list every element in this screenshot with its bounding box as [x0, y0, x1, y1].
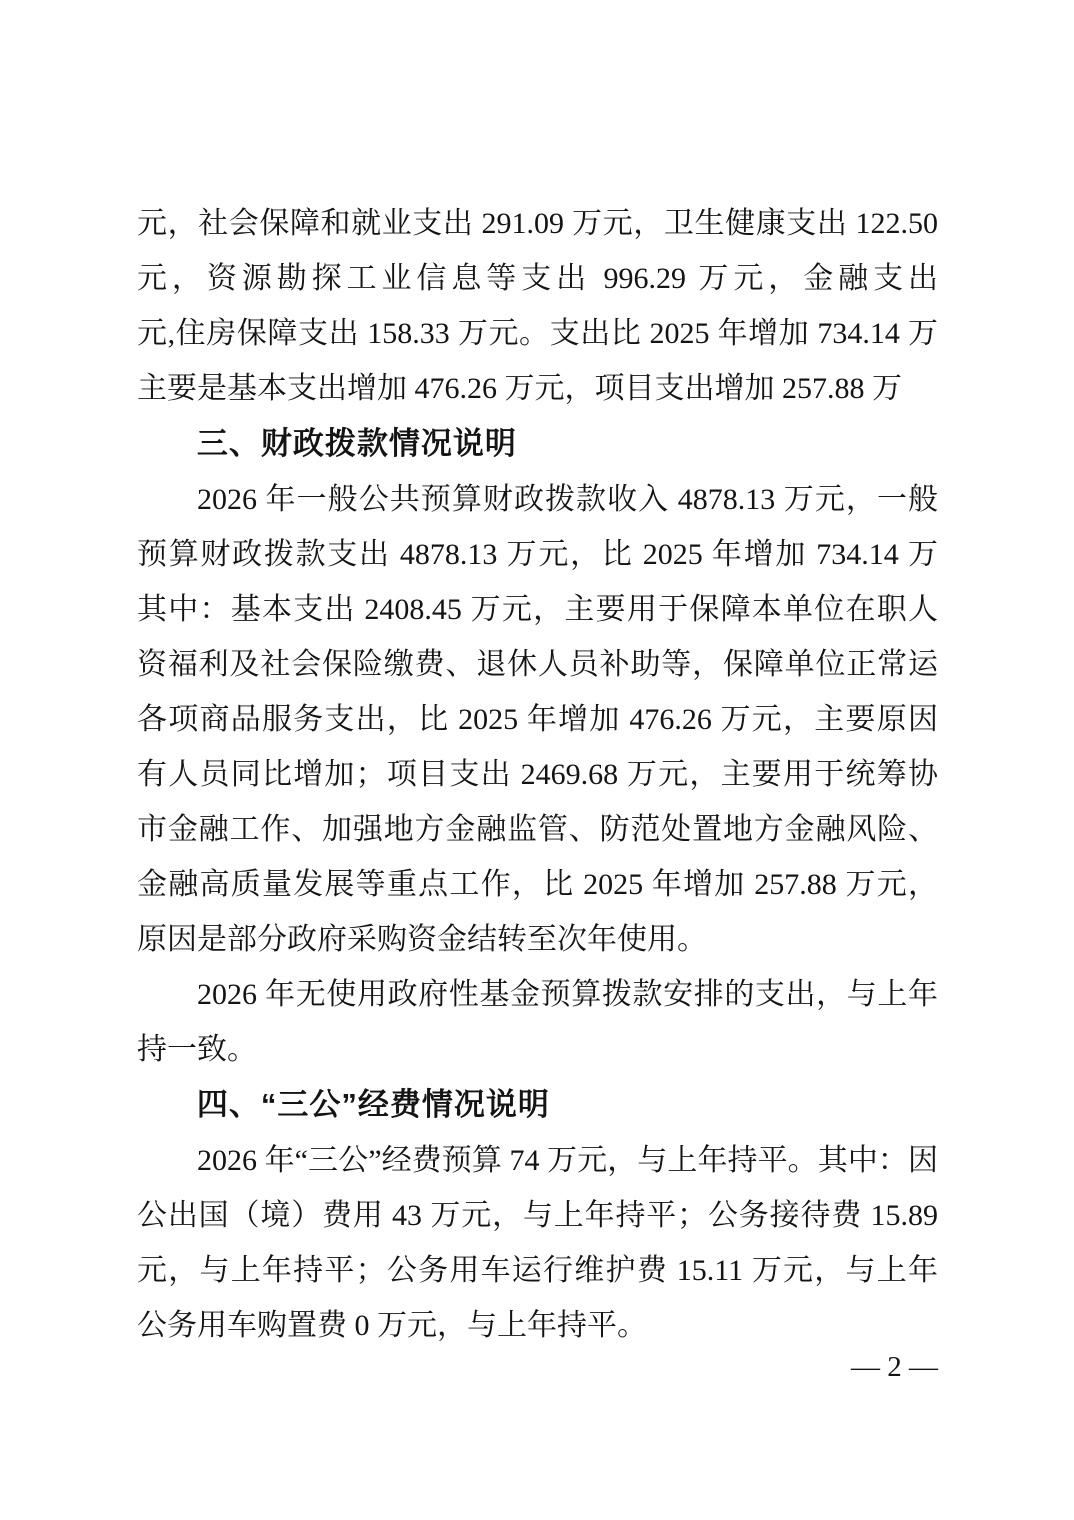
section-heading-three-public-funds: 四、“三公”经费情况说明	[137, 1077, 938, 1133]
body-line: 主要是基本支出增加 476.26 万元，项目支出增加 257.88 万元。	[137, 361, 938, 416]
body-line: 元,住房保障支出 158.33 万元。支出比 2025 年增加 734.14 万…	[137, 306, 938, 361]
document-page: 元，社会保障和就业支出 291.09 万元，卫生健康支出 122.50 万 元，…	[0, 0, 1074, 1520]
paragraph-three-public-funds: 2026 年“三公”经费预算 74 万元，与上年持平。其中：因 公出国（境）费用…	[137, 1133, 938, 1353]
page-number: — 2 —	[851, 1350, 938, 1384]
body-line: 元，资源勘探工业信息等支出 996.29 万元，金融支出 3239.88 万	[137, 251, 938, 306]
body-line: 各项商品服务支出，比 2025 年增加 476.26 万元，主要原因是实	[137, 692, 938, 747]
body-line: 资福利及社会保险缴费、退休人员补助等，保障单位正常运转的	[137, 637, 938, 692]
body-line: 公出国（境）费用 43 万元，与上年持平；公务接待费 15.89 万	[137, 1188, 938, 1243]
paragraph-fiscal-appropriation: 2026 年一般公共预算财政拨款收入 4878.13 万元，一般公共 预算财政拨…	[137, 472, 938, 967]
body-line: 2026 年“三公”经费预算 74 万元，与上年持平。其中：因	[137, 1133, 938, 1188]
body-line: 公务用车购置费 0 万元，与上年持平。	[137, 1298, 938, 1353]
document-body: 元，社会保障和就业支出 291.09 万元，卫生健康支出 122.50 万 元，…	[137, 196, 938, 1353]
body-line: 元，与上年持平；公务用车运行维护费 15.11 万元，与上年持平；	[137, 1243, 938, 1298]
body-line: 预算财政拨款支出 4878.13 万元，比 2025 年增加 734.14 万元…	[137, 527, 938, 582]
body-line: 2026 年无使用政府性基金预算拨款安排的支出，与上年保	[137, 967, 938, 1022]
body-line: 原因是部分政府采购资金结转至次年使用。	[137, 912, 938, 967]
body-line: 市金融工作、加强地方金融监管、防范处置地方金融风险、推动	[137, 802, 938, 857]
paragraph-expenditure-breakdown: 元，社会保障和就业支出 291.09 万元，卫生健康支出 122.50 万 元，…	[137, 196, 938, 416]
body-line: 其中：基本支出 2408.45 万元，主要用于保障本单位在职人员工	[137, 582, 938, 637]
body-line: 2026 年一般公共预算财政拨款收入 4878.13 万元，一般公共	[137, 472, 938, 527]
section-heading-fiscal-appropriation: 三、财政拨款情况说明	[137, 416, 938, 472]
body-line: 元，社会保障和就业支出 291.09 万元，卫生健康支出 122.50 万	[137, 196, 938, 251]
body-line: 有人员同比增加；项目支出 2469.68 万元，主要用于统筹协调全	[137, 747, 938, 802]
paragraph-government-fund: 2026 年无使用政府性基金预算拨款安排的支出，与上年保 持一致。	[137, 967, 938, 1077]
body-line: 持一致。	[137, 1022, 938, 1077]
body-line: 金融高质量发展等重点工作，比 2025 年增加 257.88 万元，主要	[137, 857, 938, 912]
